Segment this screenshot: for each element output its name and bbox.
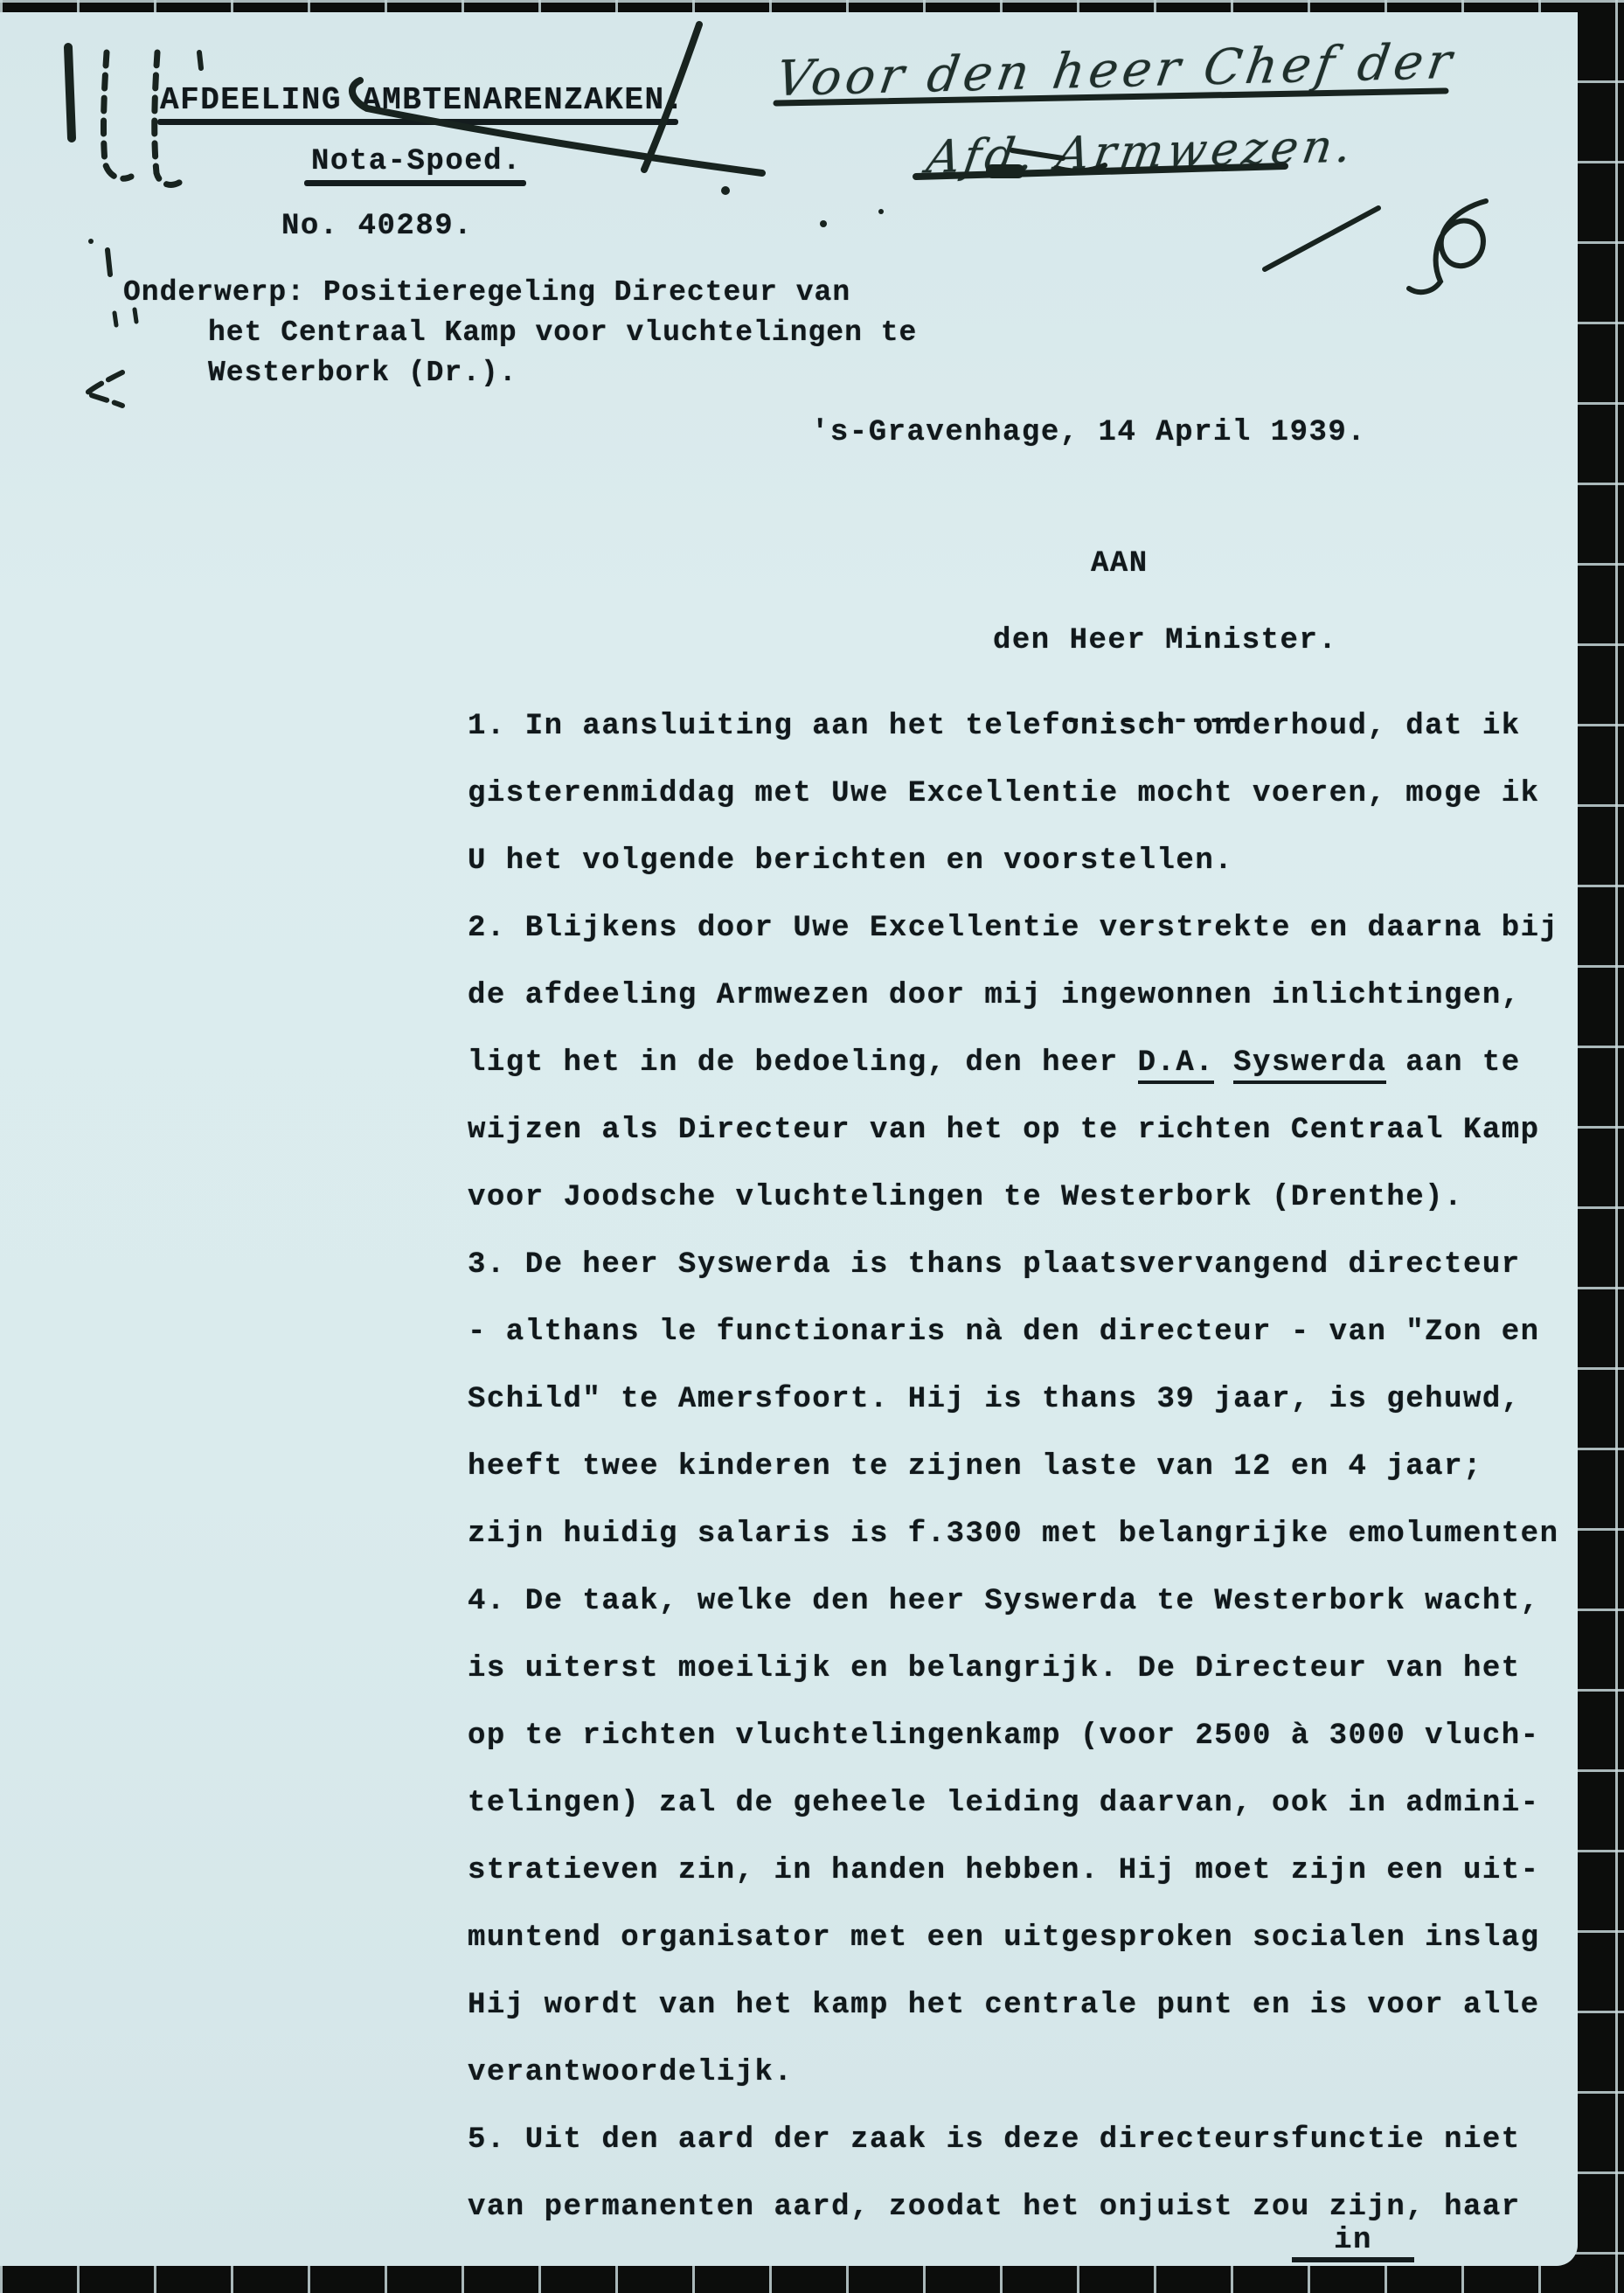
dateline: 's-Gravenhage, 14 April 1939. [811,416,1366,449]
body-line: is uiterst moeilijk en belangrijk. De Di… [468,1652,1521,1685]
body-line: verantwoordelijk. [468,2056,793,2089]
department-heading: AFDEELING AMBTENARENZAKEN. [160,82,685,118]
rich-prefix: ligt het in de bedoeling, den heer [468,1046,1138,1080]
handwritten-routing-line2: Afd. Armwezen. [923,121,1359,184]
body-line: gisterenmiddag met Uwe Excellentie mocht… [468,777,1540,810]
scan-stage: AFDEELING AMBTENARENZAKEN. Nota-Spoed. N… [0,0,1624,2293]
subject-line2: het Centraal Kamp voor vluchtelingen te [208,316,917,349]
body-line: 3. De heer Syswerda is thans plaatsverva… [468,1248,1521,1282]
subject-line1: Onderwerp: Positieregeling Directeur van [123,276,850,309]
rich-space [1214,1046,1233,1080]
body-line: U het volgende berichten en voorstellen. [468,844,1233,878]
salutation-to: AAN [1091,547,1149,580]
body-line: van permanenten aard, zoodat het onjuist… [468,2191,1521,2224]
body-line: 2. Blijkens door Uwe Excellentie verstre… [468,912,1559,945]
catchword: in [1292,2224,1414,2262]
body-line: op te richten vluchtelingenkamp (voor 25… [468,1720,1540,1753]
body-line: 5. Uit den aard der zaak is deze directe… [468,2123,1521,2157]
underlined-surname: Syswerda [1233,1046,1386,1084]
body-line: muntend organisator met een uitgesproken… [468,1921,1540,1955]
body-line: stratieven zin, in handen hebben. Hij mo… [468,1854,1540,1887]
body-line: 1. In aansluiting aan het telefonisch on… [468,710,1521,743]
body-line-with-underlines: ligt het in de bedoeling, den heer D.A. … [468,1046,1521,1080]
body-line: zijn huidig salaris is f.3300 met belang… [468,1518,1559,1551]
underlined-initials: D.A. [1138,1046,1215,1084]
handwritten-routing-line1: Voor den heer Chef der [772,33,1459,108]
department-underline [157,119,678,125]
nota-spoed-label: Nota-Spoed. [311,145,522,178]
body-line: Schild" te Amersfoort. Hij is thans 39 j… [468,1383,1521,1416]
nota-spoed-underline [304,180,526,186]
body-line: heeft twee kinderen te zijnen laste van … [468,1450,1482,1484]
body-line: telingen) zal de geheele leiding daarvan… [468,1787,1540,1820]
rich-suffix: aan te [1386,1046,1520,1080]
document-number: No. 40289. [281,210,473,243]
document-page: AFDEELING AMBTENARENZAKEN. Nota-Spoed. N… [0,12,1578,2266]
body-line: voor Joodsche vluchtelingen te Westerbor… [468,1181,1463,1214]
body-line: 4. De taak, welke den heer Syswerda te W… [468,1585,1540,1618]
subject-line3: Westerbork (Dr.). [208,357,517,389]
body-line: Hij wordt van het kamp het centrale punt… [468,1989,1540,2022]
body-line: - althans le functionaris nà den directe… [468,1316,1540,1349]
body-line: wijzen als Directeur van het op te richt… [468,1114,1540,1147]
salutation-recipient: den Heer Minister. [993,624,1337,657]
body-line: de afdeeling Armwezen door mij ingewonne… [468,979,1521,1012]
